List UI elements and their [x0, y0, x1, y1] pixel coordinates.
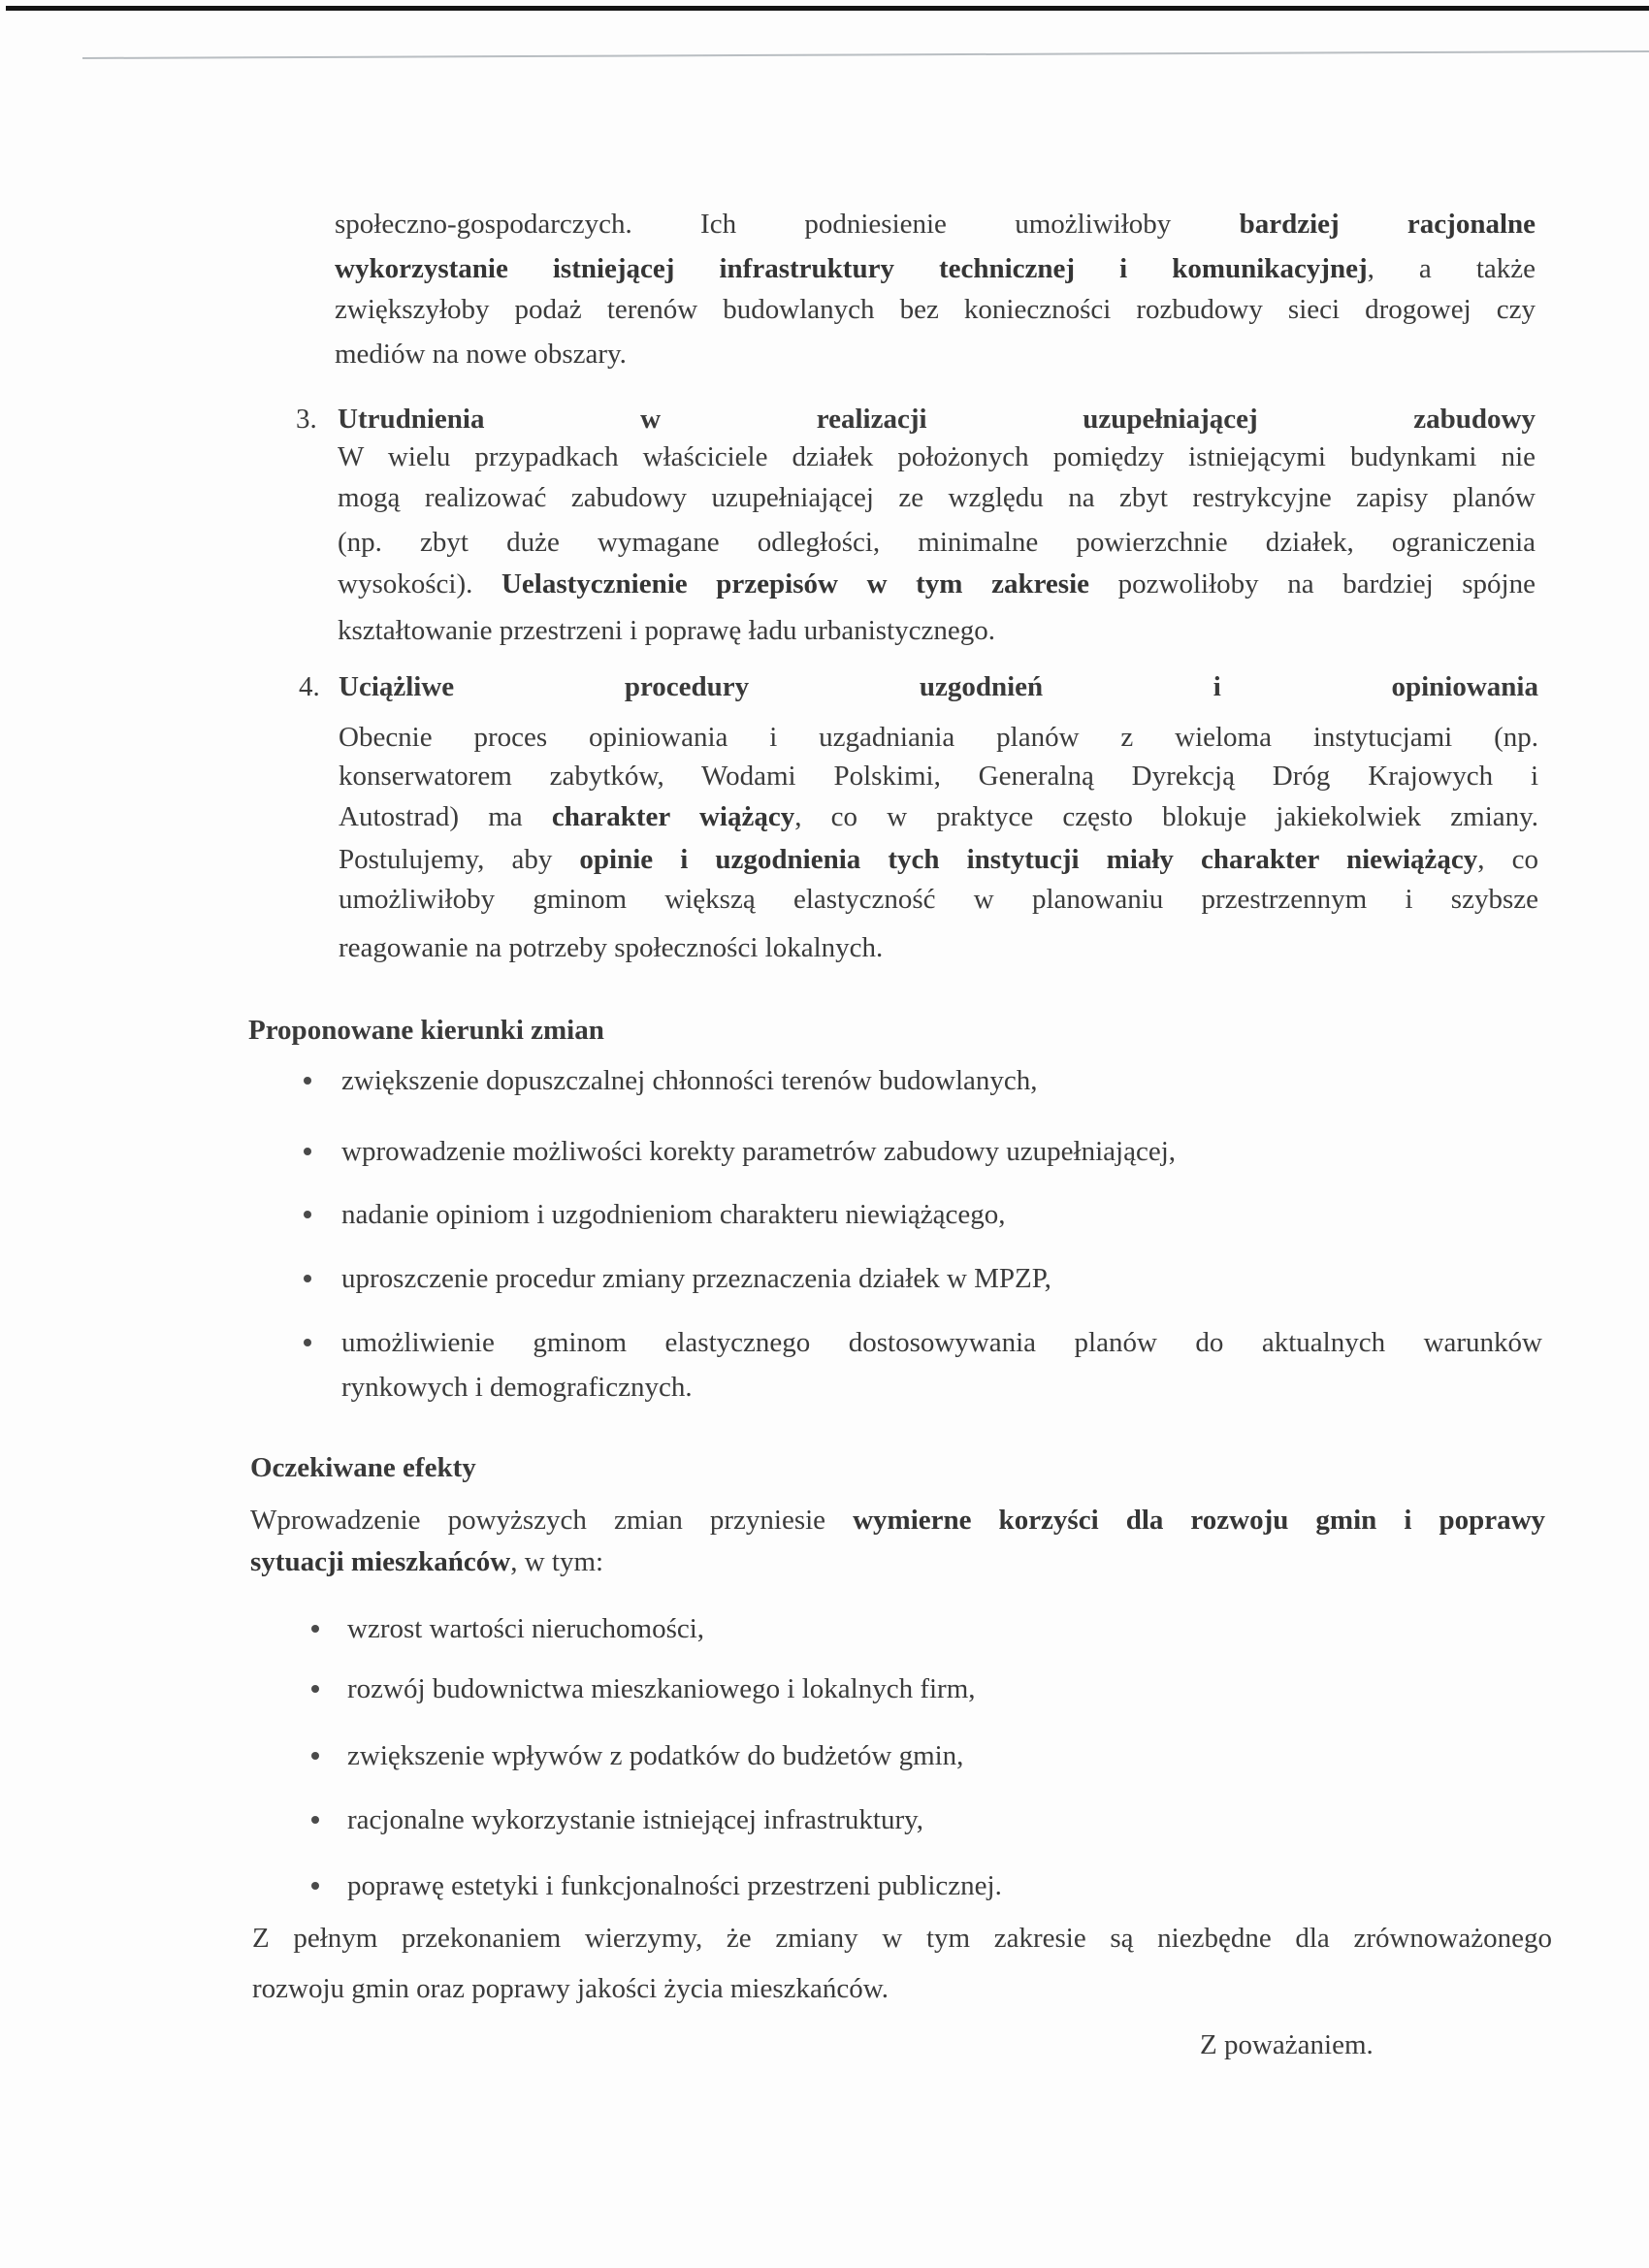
text: wysokości). — [338, 568, 501, 599]
item-4-line-3: Autostrad) ma charakter wiążący, co w pr… — [339, 800, 1538, 833]
item-3-line-5: kształtowanie przestrzeni i poprawę ładu… — [338, 614, 995, 647]
bullet-dot — [304, 1339, 311, 1346]
item-3-line-4: wysokości). Uelastycznienie przepisów w … — [338, 567, 1536, 600]
item-4-line-2: konserwatorem zabytków, Wodami Polskimi,… — [339, 760, 1538, 793]
proposed-bullet-4: uproszczenie procedur zmiany przeznaczen… — [341, 1262, 1051, 1295]
text: , w tym: — [510, 1546, 603, 1577]
text: pozwoliłoby na bardziej spójne — [1089, 568, 1536, 599]
scan-artifact-line — [82, 50, 1649, 59]
bold-text: opinie i uzgodnienia tych instytucji mia… — [579, 844, 1477, 875]
bold-text: bardziej racjonalne — [1240, 209, 1536, 240]
item-4-line-4: Postulujemy, aby opinie i uzgodnienia ty… — [339, 843, 1538, 876]
text: Wprowadzenie powyższych zmian przyniesie — [250, 1505, 853, 1536]
item-4-line-5: umożliwiłoby gminom większą elastyczność… — [339, 883, 1538, 916]
bullet-dot — [311, 1882, 319, 1890]
bullet-dot — [311, 1625, 319, 1633]
item-4-title: Uciążliwe procedury uzgodnień i opiniowa… — [339, 670, 1538, 703]
bullet-dot — [311, 1816, 319, 1824]
text: Postulujemy, aby — [339, 844, 579, 875]
item-3-line-1: W wielu przypadkach właściciele działek … — [338, 440, 1536, 473]
item-3-title: Utrudnienia w realizacji uzupełniającej … — [338, 403, 1536, 436]
scanned-page: społeczno-gospodarczych. Ich podniesieni… — [0, 0, 1649, 2268]
title-word: uzupełniającej — [1083, 403, 1257, 436]
signature-salutation: Z poważaniem. — [1200, 2028, 1374, 2061]
proposed-bullet-3: nadanie opiniom i uzgodnieniom charakter… — [341, 1198, 1005, 1231]
proposed-bullet-2: wprowadzenie możliwości korekty parametr… — [341, 1135, 1176, 1168]
effects-line-2: sytuacji mieszkańców, w tym: — [250, 1545, 603, 1578]
bullet-dot — [304, 1275, 311, 1282]
text: , co — [1477, 844, 1538, 875]
item-4-number: 4. — [299, 670, 320, 703]
effects-bullet-1: wzrost wartości nieruchomości, — [347, 1612, 704, 1645]
effects-bullet-5: poprawę estetyki i funkcjonalności przes… — [347, 1869, 1002, 1902]
intro-line-1: społeczno-gospodarczych. Ich podniesieni… — [335, 208, 1536, 241]
bold-text: Uelastycznienie przepisów w tym zakresie — [501, 568, 1089, 599]
text: , a także — [1368, 253, 1536, 284]
proposed-bullet-5-cont: rynkowych i demograficznych. — [341, 1371, 693, 1404]
proposed-bullet-5: umożliwienie gminom elastycznego dostoso… — [341, 1326, 1542, 1359]
item-3-line-3: (np. zbyt duże wymagane odległości, mini… — [338, 526, 1536, 559]
intro-line-4: mediów na nowe obszary. — [335, 338, 627, 371]
title-word: uzgodnień — [920, 670, 1043, 703]
effects-line-1: Wprowadzenie powyższych zmian przyniesie… — [250, 1504, 1545, 1537]
bold-text: charakter wiążący — [552, 801, 794, 832]
effects-heading: Oczekiwane efekty — [250, 1451, 476, 1484]
bullet-dot — [304, 1077, 311, 1085]
text: Autostrad) ma — [339, 801, 552, 832]
bullet-dot — [304, 1148, 311, 1155]
effects-bullet-2: rozwój budownictwa mieszkaniowego i loka… — [347, 1672, 976, 1705]
title-word: zabudowy — [1413, 403, 1536, 436]
proposed-heading: Proponowane kierunki zmian — [248, 1014, 604, 1047]
bullet-dot — [304, 1211, 311, 1218]
closing-line-1: Z pełnym przekonaniem wierzymy, że zmian… — [252, 1922, 1552, 1955]
bullet-dot — [311, 1752, 319, 1760]
title-word: procedury — [625, 670, 749, 703]
title-word: Utrudnienia — [338, 403, 484, 436]
bold-text: sytuacji mieszkańców — [250, 1546, 510, 1577]
bold-text: wymierne korzyści dla rozwoju gmin i pop… — [853, 1505, 1545, 1536]
text: , co w praktyce często blokuje jakiekolw… — [794, 801, 1538, 832]
closing-line-2: rozwoju gmin oraz poprawy jakości życia … — [252, 1972, 889, 2005]
bullet-dot — [311, 1685, 319, 1693]
title-word: realizacji — [817, 403, 927, 436]
text: społeczno-gospodarczych. Ich podniesieni… — [335, 209, 1240, 240]
item-4-line-6: reagowanie na potrzeby społeczności loka… — [339, 931, 883, 964]
intro-line-3: zwiększyłoby podaż terenów budowlanych b… — [335, 293, 1536, 326]
title-word: Uciążliwe — [339, 670, 454, 703]
scan-top-edge — [6, 6, 1649, 11]
title-word: w — [640, 403, 661, 436]
title-word: opiniowania — [1391, 670, 1538, 703]
title-word: i — [1213, 670, 1221, 703]
item-3-number: 3. — [296, 403, 317, 436]
item-4-line-1: Obecnie proces opiniowania i uzgadniania… — [339, 721, 1538, 754]
item-3-line-2: mogą realizować zabudowy uzupełniającej … — [338, 481, 1536, 514]
effects-bullet-3: zwiększenie wpływów z podatków do budżet… — [347, 1739, 963, 1772]
proposed-bullet-1: zwiększenie dopuszczalnej chłonności ter… — [341, 1064, 1038, 1097]
intro-line-2: wykorzystanie istniejącej infrastruktury… — [335, 252, 1536, 285]
effects-bullet-4: racjonalne wykorzystanie istniejącej inf… — [347, 1803, 923, 1836]
bold-text: wykorzystanie istniejącej infrastruktury… — [335, 253, 1368, 284]
